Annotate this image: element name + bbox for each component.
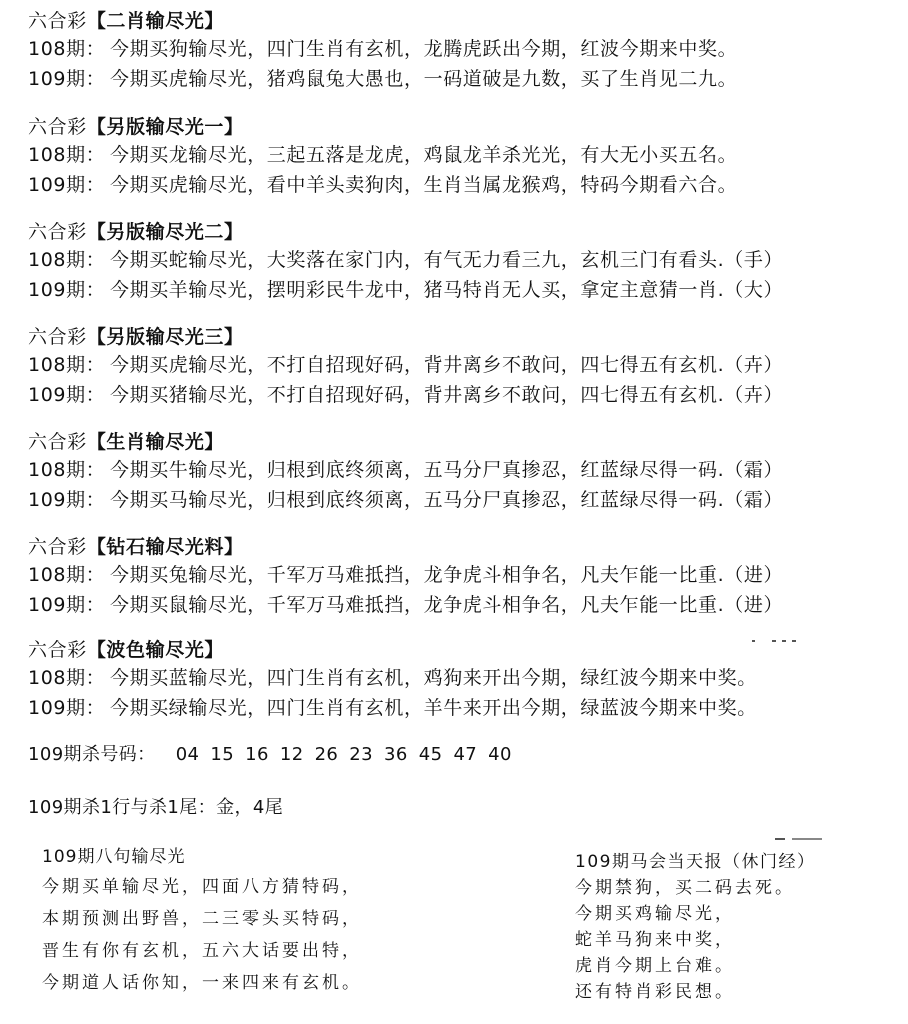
kill-row-tail-line: 109期杀1行与杀1尾：金，4尾 — [28, 793, 283, 819]
section-sheng-xiao: 六合彩【生肖输尽光】 108期：今期买牛输尽光，归根到底终须离，五马分尸真掺忍，… — [28, 429, 898, 515]
section-zuan-shi: 六合彩【钻石输尽光料】 108期：今期买兔输尽光，千军万马难抵挡，龙争虎斗相争名… — [28, 534, 898, 620]
section-title: 六合彩【二肖输尽光】 — [28, 8, 898, 34]
section-title: 六合彩【另版输尽光二】 — [28, 219, 898, 245]
title-text: 【另版输尽光二】 — [87, 221, 244, 243]
section-title: 六合彩【另版输尽光三】 — [28, 324, 898, 350]
scan-artifact — [792, 640, 796, 642]
period-label: 108期： — [28, 245, 110, 275]
kill-row-tail-label: 109期杀1行与杀1尾： — [28, 797, 216, 818]
prediction-row: 109期：今期买虎输尽光，猪鸡鼠兔大愚也，一码道破是九数，买了生肖见二九。 — [28, 64, 898, 94]
kill-row-tail-value: 金，4尾 — [216, 797, 283, 818]
prediction-row: 108期：今期买狗输尽光，四门生肖有玄机，龙腾虎跃出今期，红波今期来中奖。 — [28, 34, 898, 64]
prediction-text: 今期买蓝输尽光，四门生肖有玄机，鸡狗来开出今期，绿红波今期来中奖。 — [110, 667, 757, 689]
prediction-row: 109期：今期买鼠输尽光，千军万马难抵挡，龙争虎斗相争名，凡夫乍能一比重.（进） — [28, 590, 898, 620]
kill-number: 12 — [280, 744, 304, 765]
poem-eight-lines: 109期八句输尽光 今期买单输尽光，四面八方猜特码， 本期预测出野兽，二三零头买… — [42, 843, 362, 999]
prediction-text: 今期买鼠输尽光，千军万马难抵挡，龙争虎斗相争名，凡夫乍能一比重.（进） — [110, 594, 783, 616]
poem-line: 今期禁狗，买二码去死。 — [575, 875, 815, 901]
prediction-row: 108期：今期买蛇输尽光，大奖落在家门内，有气无力看三九，玄机三门有看头.（手） — [28, 245, 898, 275]
prediction-text: 今期买兔输尽光，千军万马难抵挡，龙争虎斗相争名，凡夫乍能一比重.（进） — [110, 564, 783, 586]
title-text: 【二肖输尽光】 — [87, 10, 224, 32]
poem-horse-club: 109期马会当天报（休门经） 今期禁狗，买二码去死。 今期买鸡输尽光， 蛇羊马狗… — [575, 849, 815, 1005]
kill-number: 40 — [488, 744, 512, 765]
title-prefix: 六合彩 — [28, 116, 87, 138]
period-label: 109期： — [28, 590, 110, 620]
period-label: 109期： — [28, 170, 110, 200]
prediction-row: 109期：今期买猪输尽光，不打自招现好码，背井离乡不敢问，四七得五有玄机.（卉） — [28, 380, 898, 410]
kill-numbers-label: 109期杀号码： — [28, 744, 156, 765]
prediction-text: 今期买虎输尽光，看中羊头卖狗肉，生肖当属龙猴鸡，特码今期看六合。 — [110, 174, 737, 196]
section-bo-se: 六合彩【波色输尽光】 108期：今期买蓝输尽光，四门生肖有玄机，鸡狗来开出今期，… — [28, 637, 898, 723]
kill-number: 36 — [384, 744, 408, 765]
period-label: 108期： — [28, 560, 110, 590]
section-title: 六合彩【生肖输尽光】 — [28, 429, 898, 455]
title-prefix: 六合彩 — [28, 536, 87, 558]
kill-number: 26 — [315, 744, 339, 765]
section-er-xiao: 六合彩【二肖输尽光】 108期：今期买狗输尽光，四门生肖有玄机，龙腾虎跃出今期，… — [28, 8, 898, 94]
scan-artifact — [772, 640, 776, 642]
section-title: 六合彩【另版输尽光一】 — [28, 114, 898, 140]
prediction-row: 108期：今期买牛输尽光，归根到底终须离，五马分尸真掺忍，红蓝绿尽得一码.（霜） — [28, 455, 898, 485]
prediction-text: 今期买马输尽光，归根到底终须离，五马分尸真掺忍，红蓝绿尽得一码.（霜） — [110, 489, 783, 511]
period-label: 109期： — [28, 380, 110, 410]
period-label: 108期： — [28, 140, 110, 170]
title-text: 【生肖输尽光】 — [87, 431, 224, 453]
kill-number: 47 — [453, 744, 477, 765]
prediction-row: 109期：今期买羊输尽光，摆明彩民牛龙中，猪马特肖无人买，拿定主意猜一肖.（大） — [28, 275, 898, 305]
period-label: 109期： — [28, 485, 110, 515]
poem-line: 还有特肖彩民想。 — [575, 979, 815, 1005]
prediction-row: 108期：今期买虎输尽光，不打自招现好码，背井离乡不敢问，四七得五有玄机.（卉） — [28, 350, 898, 380]
prediction-text: 今期买虎输尽光，不打自招现好码，背井离乡不敢问，四七得五有玄机.（卉） — [110, 354, 783, 376]
title-prefix: 六合彩 — [28, 10, 87, 32]
prediction-text: 今期买牛输尽光，归根到底终须离，五马分尸真掺忍，红蓝绿尽得一码.（霜） — [110, 459, 783, 481]
prediction-row: 109期：今期买绿输尽光，四门生肖有玄机，羊牛来开出今期，绿蓝波今期来中奖。 — [28, 693, 898, 723]
period-label: 108期： — [28, 663, 110, 693]
scan-artifact — [782, 640, 786, 642]
title-text: 【另版输尽光一】 — [87, 116, 244, 138]
poem-title: 109期马会当天报（休门经） — [575, 849, 815, 875]
title-text: 【钻石输尽光料】 — [87, 536, 244, 558]
prediction-text: 今期买绿输尽光，四门生肖有玄机，羊牛来开出今期，绿蓝波今期来中奖。 — [110, 697, 757, 719]
prediction-text: 今期买猪输尽光，不打自招现好码，背井离乡不敢问，四七得五有玄机.（卉） — [110, 384, 783, 406]
scan-artifact — [752, 640, 755, 642]
period-label: 108期： — [28, 455, 110, 485]
prediction-text: 今期买蛇输尽光，大奖落在家门内，有气无力看三九，玄机三门有看头.（手） — [110, 249, 783, 271]
kill-number: 16 — [245, 744, 269, 765]
kill-number: 15 — [210, 744, 234, 765]
section-title: 六合彩【波色输尽光】 — [28, 637, 898, 663]
period-label: 109期： — [28, 693, 110, 723]
poem-title: 109期八句输尽光 — [42, 843, 362, 871]
poem-line: 虎肖今期上台难。 — [575, 953, 815, 979]
title-text: 【波色输尽光】 — [87, 639, 224, 661]
poem-line: 蛇羊马狗来中奖， — [575, 927, 815, 953]
period-label: 108期： — [28, 34, 110, 64]
prediction-row: 108期：今期买龙输尽光，三起五落是龙虎，鸡鼠龙羊杀光光，有大无小买五名。 — [28, 140, 898, 170]
prediction-row: 109期：今期买马输尽光，归根到底终须离，五马分尸真掺忍，红蓝绿尽得一码.（霜） — [28, 485, 898, 515]
prediction-text: 今期买虎输尽光，猪鸡鼠兔大愚也，一码道破是九数，买了生肖见二九。 — [110, 68, 737, 90]
period-label: 109期： — [28, 275, 110, 305]
lottery-prediction-document: 六合彩【二肖输尽光】 108期：今期买狗输尽光，四门生肖有玄机，龙腾虎跃出今期，… — [0, 0, 908, 1024]
prediction-text: 今期买狗输尽光，四门生肖有玄机，龙腾虎跃出今期，红波今期来中奖。 — [110, 38, 737, 60]
title-prefix: 六合彩 — [28, 431, 87, 453]
scan-artifact — [792, 838, 822, 840]
prediction-text: 今期买龙输尽光，三起五落是龙虎，鸡鼠龙羊杀光光，有大无小买五名。 — [110, 144, 737, 166]
prediction-row: 108期：今期买蓝输尽光，四门生肖有玄机，鸡狗来开出今期，绿红波今期来中奖。 — [28, 663, 898, 693]
prediction-row: 108期：今期买兔输尽光，千军万马难抵挡，龙争虎斗相争名，凡夫乍能一比重.（进） — [28, 560, 898, 590]
poem-line: 今期买单输尽光，四面八方猜特码， — [42, 871, 362, 903]
title-prefix: 六合彩 — [28, 221, 87, 243]
poem-line: 今期道人话你知，一来四来有玄机。 — [42, 967, 362, 999]
poem-line: 今期买鸡输尽光， — [575, 901, 815, 927]
title-text: 【另版输尽光三】 — [87, 326, 244, 348]
kill-number: 23 — [349, 744, 373, 765]
period-label: 108期： — [28, 350, 110, 380]
section-ling-ban-3: 六合彩【另版输尽光三】 108期：今期买虎输尽光，不打自招现好码，背井离乡不敢问… — [28, 324, 898, 410]
section-ling-ban-2: 六合彩【另版输尽光二】 108期：今期买蛇输尽光，大奖落在家门内，有气无力看三九… — [28, 219, 898, 305]
prediction-text: 今期买羊输尽光，摆明彩民牛龙中，猪马特肖无人买，拿定主意猜一肖.（大） — [110, 279, 783, 301]
kill-number: 04 — [176, 744, 200, 765]
section-ling-ban-1: 六合彩【另版输尽光一】 108期：今期买龙输尽光，三起五落是龙虎，鸡鼠龙羊杀光光… — [28, 114, 898, 200]
poem-line: 晋生有你有玄机，五六大话要出特， — [42, 935, 362, 967]
poem-line: 本期预测出野兽，二三零头买特码， — [42, 903, 362, 935]
title-prefix: 六合彩 — [28, 639, 87, 661]
section-title: 六合彩【钻石输尽光料】 — [28, 534, 898, 560]
kill-numbers-line: 109期杀号码： 04151612262336454740 — [28, 740, 523, 766]
title-prefix: 六合彩 — [28, 326, 87, 348]
scan-artifact — [775, 838, 785, 840]
prediction-row: 109期：今期买虎输尽光，看中羊头卖狗肉，生肖当属龙猴鸡，特码今期看六合。 — [28, 170, 898, 200]
period-label: 109期： — [28, 64, 110, 94]
kill-numbers-list: 04151612262336454740 — [176, 744, 523, 765]
kill-number: 45 — [419, 744, 443, 765]
